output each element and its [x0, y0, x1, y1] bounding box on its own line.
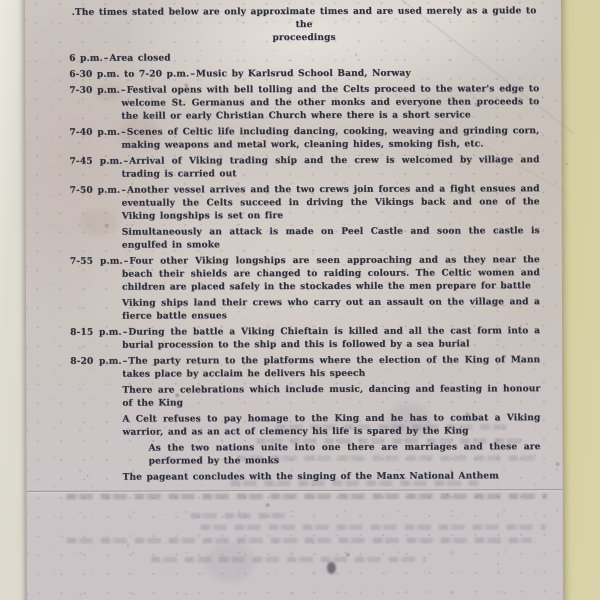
schedule-subentry: Simultaneously an attack is made on Peel…	[122, 225, 540, 252]
entry-text: During the battle a Viking Chieftain is …	[122, 326, 540, 350]
ink-blot	[327, 562, 336, 574]
entry-text: Arrival of Viking trading ship and the c…	[122, 155, 540, 179]
ink-bleedthrough-line	[276, 424, 506, 430]
entry-text: Area closed	[109, 53, 170, 63]
document-heading: .The times stated below are only approxi…	[69, 5, 539, 46]
entry-text: Scenes of Celtic life including dancing,…	[121, 126, 539, 150]
schedule-entry: 7-50 p.m.–Another vessel arrives and the…	[70, 183, 540, 224]
entry-text: Another vessel arrives and the two crews…	[122, 184, 540, 221]
entry-text: Four other Viking longships are seen app…	[122, 255, 540, 292]
schedule-subentry: There are celebrations which include mus…	[122, 383, 540, 410]
ink-bleedthrough-line	[151, 557, 426, 563]
entry-time: 7-30 p.m.	[69, 86, 120, 96]
schedule-entry: 7-30 p.m.–Festival opens with bell tolli…	[69, 83, 539, 124]
schedule-entry: 7-45 p.m.–Arrival of Viking trading ship…	[69, 154, 539, 182]
fold-crease-horizontal	[27, 489, 563, 492]
heading-line-1: .The times stated below are only approxi…	[69, 5, 539, 33]
entry-time: 8-15 p.m.	[70, 328, 122, 338]
entry-time: 8-20 p.m.	[70, 357, 121, 367]
schedule-entry: 8-20 p.m.–The party return to the platfo…	[70, 354, 540, 382]
document-page: .The times stated below are only approxi…	[25, 0, 563, 600]
ink-bleedthrough-line	[256, 438, 521, 444]
ink-bleedthrough-line	[67, 493, 547, 499]
entry-text: Festival opens with bell tolling and the…	[121, 84, 539, 121]
document-content: .The times stated below are only approxi…	[69, 5, 541, 488]
schedule-entry: 7-55 p.m.–Four other Viking longships ar…	[70, 254, 540, 295]
entry-time: 7-50 p.m.	[70, 186, 121, 196]
schedule-entry: 7-40 p.m.–Scenes of Celtic life includin…	[69, 125, 539, 153]
entry-time: 7-55 p.m.	[70, 257, 123, 267]
schedule-entry: 6-30 p.m. to 7-20 p.m.–Music by Karlsrud…	[69, 67, 539, 82]
ink-bleedthrough-line	[67, 538, 532, 544]
entry-text: Music by Karlsrud School Band, Norway	[196, 69, 411, 80]
ink-bleedthrough-line	[201, 524, 546, 530]
schedule-list: 6 p.m.–Area closed6-30 p.m. to 7-20 p.m.…	[69, 51, 541, 485]
schedule-entry: 8-15 p.m.–During the battle a Viking Chi…	[70, 325, 540, 353]
entry-time: 7-40 p.m.	[69, 128, 120, 138]
ink-bleedthrough-line	[237, 455, 537, 461]
entry-time: 6 p.m.	[69, 54, 103, 64]
ink-bleedthrough-line	[191, 513, 286, 519]
schedule-subentry: Viking ships land their crews who carry …	[122, 296, 540, 323]
heading-line-2: proceedings	[69, 31, 539, 46]
ink-bleedthrough-line	[231, 480, 481, 486]
entry-time: 7-45 p.m.	[69, 157, 122, 167]
entry-text: The party return to the platforms where …	[122, 355, 540, 379]
entry-time: 6-30 p.m. to 7-20 p.m.	[69, 69, 189, 79]
photo-of-document: { "document": { "separator": "\u2013", "…	[0, 0, 600, 600]
